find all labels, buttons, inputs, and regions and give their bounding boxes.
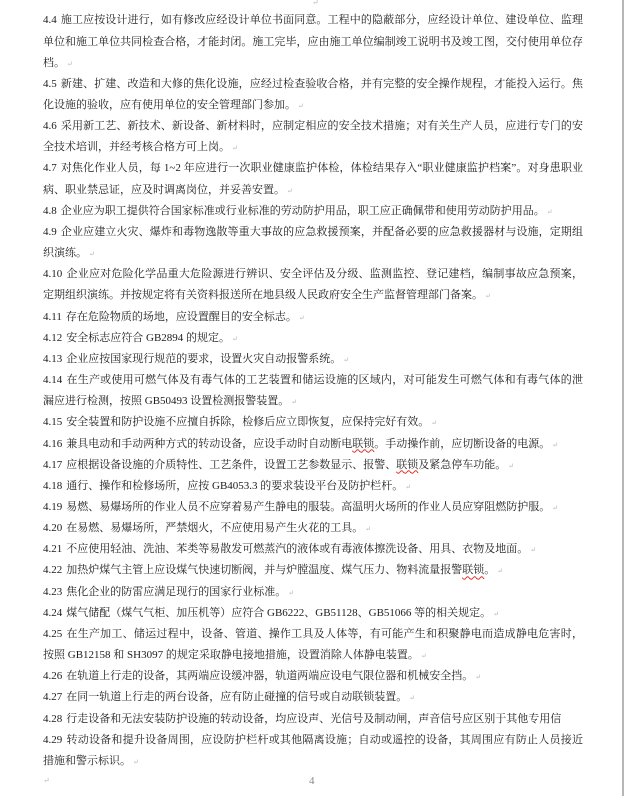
clause-4-6: 4.6采用新工艺、新技术、新设备、新材料时，应制定相应的安全技术措施；对有关生产… [43,116,583,158]
spellcheck-flagged-word[interactable]: 联锁 [352,438,374,450]
text-line: 定期组织演练。并按规定将有关资料报送所在地县级人民政府安全生产监督管理部门备案。 [43,285,583,306]
paragraph-mark-icon [298,102,304,110]
page-number: 4 [309,775,315,787]
clause-number: 4.10 [43,268,62,280]
text-line: 4.10企业应对危险化学品重大危险源进行辨识、安全评估及分级、监测监控、登记建档… [43,264,583,285]
text-line: 4.27在同一轨道上行走的两台设备，应有防止碰撞的信号或自动联锁装置。 [43,687,583,708]
text-line: 措施和警示标识。 [43,751,583,772]
clause-4-12: 4.12安全标志应符合 GB2894 的规定。 [43,328,583,349]
clause-text: 存在危险物质的场地，应设置醒目的安全标志。 [66,311,297,323]
clause-text: 施工应按设计进行，如有修改应经设计单位书面同意。工程中的隐蔽部分，应经设计单位、… [61,14,583,26]
clause-number: 4.24 [43,607,62,619]
paragraph-mark-icon [365,525,371,533]
text-line: 4.14在生产或使用可燃气体及有毒气体的工艺装置和储运设施的区域内，对可能发生可… [43,370,583,391]
text-line: 4.13企业应按国家现行规范的要求，设置火灾自动报警系统。 [43,349,583,370]
clause-number: 4.4 [43,14,57,26]
paragraph-mark-icon [291,398,297,406]
paragraph-mark-icon [547,208,553,216]
clause-4-20: 4.20在易燃、易爆场所，严禁烟火，不应使用易产生火花的工具。 [43,518,583,539]
paragraph-mark-icon [299,314,305,322]
clause-4-17: 4.17应根据设备设施的介质特性、工艺条件，设置工艺参数显示、报警、联锁及紧急停… [43,455,583,476]
clause-text: 漏应进行检测，按照 GB50493 设置检测报警装置。 [43,395,289,407]
clause-text: 易燃、易爆场所的作业人员不应穿着易产生静电的服装。高温明火场所的作业人员应穿阻燃… [66,501,550,513]
text-line: 4.26在轨道上行走的设备，其两端应设缓冲器，轨道两端应设电气限位器和机械安全挡… [43,666,583,687]
text-line: 漏应进行检测，按照 GB50493 设置检测报警装置。 [43,391,583,412]
clause-4-22: 4.22加热炉煤气主管上应设煤气快速切断阀，并与炉膛温度、煤气压力、物料流量报警… [43,560,583,581]
text-line: 按照 GB12158 和 SH3097 的规定采取静电接地措施，设置消除人体静电… [43,645,583,666]
document-body[interactable]: 4.4施工应按设计进行，如有修改应经设计单位书面同意。工程中的隐蔽部分，应经设计… [43,10,583,772]
text-line: 4.16兼具电动和手动两种方式的转动设备，应设手动时自动断电联锁。手动操作前，应… [43,434,583,455]
clause-number: 4.26 [43,670,62,682]
clause-4-23: 4.23焦化企业的防雷应满足现行的国家行业标准。 [43,582,583,603]
text-line: 4.24煤气储配（煤气气柜、加压机等）应符合 GB6222、GB51128、GB… [43,603,583,624]
clause-4-13: 4.13企业应按国家现行规范的要求，设置火灾自动报警系统。 [43,349,583,370]
text-line: 4.7对焦化作业人员，每 1~2 年应进行一次职业健康监护体检，体检结果存入“职… [43,158,583,179]
clause-text: 企业应建立火灾、爆炸和毒物逸散等重大事故的应急救援预案，并配备必要的应急救援器材… [61,226,583,238]
clause-text: 全技术培训，并经考核合格方可上岗。 [43,141,230,153]
clause-text: 措施和警示标识。 [43,755,131,767]
text-line: 4.28行走设备和无法安装防护设施的转动设备，均应设声、光信号及制动闸，声音信号… [43,709,583,730]
clause-text: 。手动操作前，应切断设备的电源。 [374,438,550,450]
spellcheck-flagged-word[interactable]: 联锁 [396,459,418,471]
paragraph-mark-icon [409,694,415,702]
paragraph-mark-icon [485,292,491,300]
clause-text: 新建、扩建、改造和大修的焦化设施，应经过检查验收合格，并有完整的安全操作规程，才… [61,78,583,90]
paragraph-mark-icon [497,567,503,575]
clause-number: 4.27 [43,691,62,703]
text-line: 4.8企业应为职工提供符合国家标准或行业标准的劳动防护用品，职工应正确佩带和使用… [43,201,583,222]
clause-text: 通行、操作和检修场所，应按 GB4053.3 的要求装设平台及防护栏杆。 [66,480,403,492]
clause-text: 病、职业禁忌证，应及时调离岗位，并妥善安置。 [43,184,285,196]
clause-4-15: 4.15安全装置和防护设施不应擅自拆除，检修后应立即恢复，应保持完好有效。 [43,412,583,433]
page-edge-border [622,0,624,796]
paragraph-mark-icon [43,776,50,785]
clause-4-11: 4.11存在危险物质的场地，应设置醒目的安全标志。 [43,307,583,328]
text-line: 4.12安全标志应符合 GB2894 的规定。 [43,328,583,349]
clause-text: 单位和施工单位共同检查合格，才能封闭。施工完毕，应由施工单位编制竣工说明书及竣工… [43,36,583,48]
text-line: 4.21不应使用轻油、洗油、苯类等易散发可燃蒸汽的液体或有毒液体擦洗设备、用具、… [43,539,583,560]
clause-4-28: 4.28行走设备和无法安装防护设施的转动设备，均应设声、光信号及制动闸，声音信号… [43,709,583,730]
clause-text: 行走设备和无法安装防护设施的转动设备，均应设声、光信号及制动闸，声音信号应区别于… [43,713,561,730]
paragraph-mark-icon [475,673,481,681]
clause-4-19: 4.19易燃、易爆场所的作业人员不应穿着易产生静电的服装。高温明火场所的作业人员… [43,497,583,518]
text-line: 4.6采用新工艺、新技术、新设备、新材料时，应制定相应的安全技术措施；对有关生产… [43,116,583,137]
text-line: 4.23焦化企业的防雷应满足现行的国家行业标准。 [43,582,583,603]
clause-4-18: 4.18通行、操作和检修场所，应按 GB4053.3 的要求装设平台及防护栏杆。 [43,476,583,497]
paragraph-mark-icon [312,0,319,7]
clause-number: 4.14 [43,374,62,386]
clause-text: 采用新工艺、新技术、新设备、新材料时，应制定相应的安全技术措施；对有关生产人员，… [61,120,583,132]
clause-4-29: 4.29转动设备和提升设备周围，应设防护栏杆或其他隔离设施；自动或遥控的设备，其… [43,730,583,772]
clause-text: 焦化企业的防雷应满足现行的国家行业标准。 [66,586,286,598]
text-line: 全技术培训，并经考核合格方可上岗。 [43,137,583,158]
clause-4-14: 4.14在生产或使用可燃气体及有毒气体的工艺装置和储运设施的区域内，对可能发生可… [43,370,583,412]
clause-number: 4.15 [43,416,62,428]
clause-number: 4.6 [43,120,57,132]
clause-4-27: 4.27在同一轨道上行走的两台设备，应有防止碰撞的信号或自动联锁装置。 [43,687,583,708]
clause-text: 在生产或使用可燃气体及有毒气体的工艺装置和储运设施的区域内，对可能发生可燃气体和… [66,374,583,386]
clause-number: 4.5 [43,78,57,90]
clause-number: 4.29 [43,734,62,746]
clause-text: 企业应为职工提供符合国家标准或行业标准的劳动防护用品，职工应正确佩带和使用劳动防… [61,205,545,217]
paragraph-mark-icon [89,250,95,258]
paragraph-mark-icon [508,462,514,470]
clause-4-9: 4.9企业应建立火灾、爆炸和毒物逸散等重大事故的应急救援预案，并配备必要的应急救… [43,222,583,264]
clause-text: 。 [484,564,495,576]
text-line: 4.11存在危险物质的场地，应设置醒目的安全标志。 [43,307,583,328]
clause-text: 织演练。 [43,247,87,259]
clause-number: 4.16 [43,438,62,450]
paragraph-mark-icon [405,483,411,491]
text-line: 4.5新建、扩建、改造和大修的焦化设施，应经过检查验收合格，并有完整的安全操作规… [43,74,583,95]
clause-text: 转动设备和提升设备周围，应设防护栏杆或其他隔离设施；自动或遥控的设备，其周围应有… [43,734,583,751]
text-line: 档。 [43,53,583,74]
spellcheck-flagged-word[interactable]: 联锁 [462,564,484,576]
clause-4-8: 4.8企业应为职工提供符合国家标准或行业标准的劳动防护用品，职工应正确佩带和使用… [43,201,583,222]
clause-number: 4.9 [43,226,57,238]
text-line: 4.17应根据设备设施的介质特性、工艺条件，设置工艺参数显示、报警、联锁及紧急停… [43,455,583,476]
text-line: 4.25在生产加工、储运过程中，设备、管道、操作工具及人体等，有可能产生和积聚静… [43,624,583,645]
clause-text: 安全标志应符合 GB2894 的规定。 [66,332,230,344]
clause-text: 兼具电动和手动两种方式的转动设备，应设手动时自动断电 [66,438,352,450]
clause-4-21: 4.21不应使用轻油、洗油、苯类等易散发可燃蒸汽的液体或有毒液体擦洗设备、用具、… [43,539,583,560]
text-line: 4.19易燃、易爆场所的作业人员不应穿着易产生静电的服装。高温明火场所的作业人员… [43,497,583,518]
paragraph-mark-icon [530,546,536,554]
paragraph-mark-icon [552,441,558,449]
text-line: 单位和施工单位共同检查合格，才能封闭。施工完毕，应由施工单位编制竣工说明书及竣工… [43,32,583,53]
paragraph-mark-icon [287,187,293,195]
clause-number: 4.22 [43,564,62,576]
text-line: 4.15安全装置和防护设施不应擅自拆除，检修后应立即恢复，应保持完好有效。 [43,412,583,433]
text-line: 织演练。 [43,243,583,264]
paragraph-mark-icon [493,610,499,618]
text-line: 4.9企业应建立火灾、爆炸和毒物逸散等重大事故的应急救援预案，并配备必要的应急救… [43,222,583,243]
text-line: 4.18通行、操作和检修场所，应按 GB4053.3 的要求装设平台及防护栏杆。 [43,476,583,497]
clause-number: 4.13 [43,353,62,365]
clause-number: 4.28 [43,713,62,725]
clause-4-24: 4.24煤气储配（煤气气柜、加压机等）应符合 GB6222、GB51128、GB… [43,603,583,624]
clause-text: 在生产加工、储运过程中，设备、管道、操作工具及人体等，有可能产生和积聚静电而造成… [43,628,583,645]
clause-text: 不应使用轻油、洗油、苯类等易散发可燃蒸汽的液体或有毒液体擦洗设备、用具、衣物及地… [66,543,528,555]
clause-text: 化设施的验收，应有使用单位的安全管理部门参加。 [43,99,296,111]
clause-text: 企业应对危险化学品重大危险源进行辨识、安全评估及分级、监测监控、登记建档，编制事… [66,268,583,280]
clause-text: 企业应按国家现行规范的要求，设置火灾自动报警系统。 [66,353,341,365]
text-line: 化设施的验收，应有使用单位的安全管理部门参加。 [43,95,583,116]
clause-number: 4.11 [43,311,62,323]
clause-number: 4.18 [43,480,62,492]
clause-4-16: 4.16兼具电动和手动两种方式的转动设备，应设手动时自动断电联锁。手动操作前，应… [43,434,583,455]
clause-4-4: 4.4施工应按设计进行，如有修改应经设计单位书面同意。工程中的隐蔽部分，应经设计… [43,10,583,73]
paragraph-mark-icon [431,419,437,427]
paragraph-mark-icon [288,589,294,597]
clause-4-5: 4.5新建、扩建、改造和大修的焦化设施，应经过检查验收合格，并有完整的安全操作规… [43,74,583,116]
clause-4-26: 4.26在轨道上行走的设备，其两端应设缓冲器，轨道两端应设电气限位器和机械安全挡… [43,666,583,687]
clause-number: 4.20 [43,522,62,534]
paragraph-mark-icon [343,356,349,364]
clause-text: 在易燃、易爆场所，严禁烟火，不应使用易产生火花的工具。 [66,522,363,534]
clause-text: 档。 [43,57,65,69]
paragraph-mark-icon [133,758,139,766]
clause-text: 应根据设备设施的介质特性、工艺条件，设置工艺参数显示、报警、 [66,459,396,471]
clause-text: 在轨道上行走的设备，其两端应设缓冲器，轨道两端应设电气限位器和机械安全挡。 [66,670,473,682]
text-line: 4.4施工应按设计进行，如有修改应经设计单位书面同意。工程中的隐蔽部分，应经设计… [43,10,583,31]
paragraph-mark-icon [67,60,73,68]
clause-number: 4.7 [43,162,57,174]
clause-text: 安全装置和防护设施不应擅自拆除，检修后应立即恢复，应保持完好有效。 [66,416,429,428]
text-line: 病、职业禁忌证，应及时调离岗位，并妥善安置。 [43,180,583,201]
clause-text: 对焦化作业人员，每 1~2 年应进行一次职业健康监护体检，体检结果存入“职业健康… [61,162,583,174]
clause-number: 4.23 [43,586,62,598]
clause-text: 定期组织演练。并按规定将有关资料报送所在地县级人民政府安全生产监督管理部门备案。 [43,289,483,301]
clause-text: 及紧急停车功能。 [418,459,506,471]
paragraph-mark-icon [232,335,238,343]
clause-text: 加热炉煤气主管上应设煤气快速切断阀，并与炉膛温度、煤气压力、物料流量报警 [66,564,462,576]
paragraph-mark-icon [552,504,558,512]
clause-number: 4.19 [43,501,62,513]
clause-text: 煤气储配（煤气气柜、加压机等）应符合 GB6222、GB51128、GB5106… [66,607,491,619]
text-line: 4.29转动设备和提升设备周围，应设防护栏杆或其他隔离设施；自动或遥控的设备，其… [43,730,583,751]
clause-number: 4.12 [43,332,62,344]
paragraph-mark-icon [421,652,427,660]
clause-number: 4.21 [43,543,62,555]
clause-text: 在同一轨道上行走的两台设备，应有防止碰撞的信号或自动联锁装置。 [66,691,407,703]
text-line: 4.22加热炉煤气主管上应设煤气快速切断阀，并与炉膛温度、煤气压力、物料流量报警… [43,560,583,581]
clause-4-10: 4.10企业应对危险化学品重大危险源进行辨识、安全评估及分级、监测监控、登记建档… [43,264,583,306]
clause-4-25: 4.25在生产加工、储运过程中，设备、管道、操作工具及人体等，有可能产生和积聚静… [43,624,583,666]
clause-number: 4.25 [43,628,62,640]
clause-4-7: 4.7对焦化作业人员，每 1~2 年应进行一次职业健康监护体检，体检结果存入“职… [43,158,583,200]
clause-number: 4.17 [43,459,62,471]
clause-text: 按照 GB12158 和 SH3097 的规定采取静电接地措施，设置消除人体静电… [43,649,419,661]
paragraph-mark-icon [232,144,238,152]
text-line: 4.20在易燃、易爆场所，严禁烟火，不应使用易产生火花的工具。 [43,518,583,539]
clause-number: 4.8 [43,205,57,217]
